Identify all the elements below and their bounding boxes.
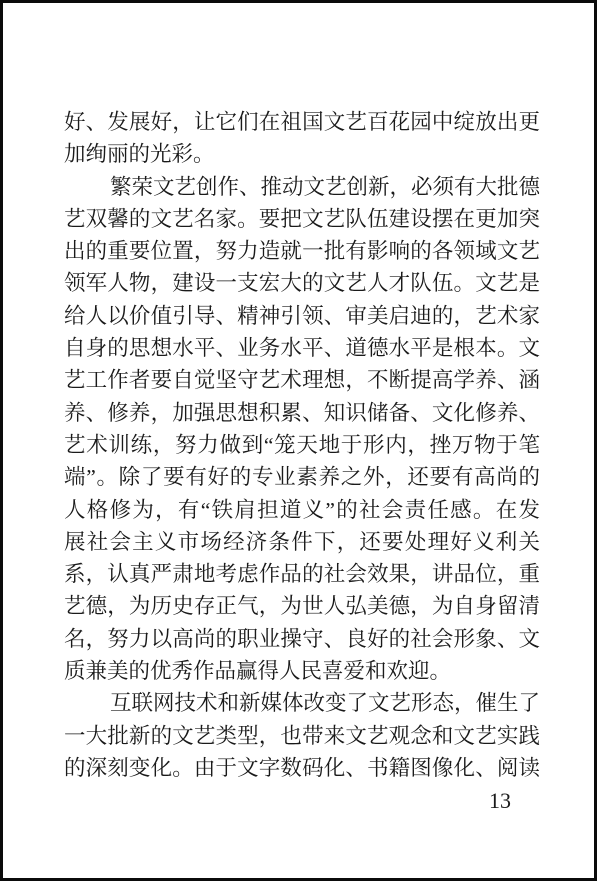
text-line: 给人以价值引导、精神引领、审美启迪的，艺术家 xyxy=(64,300,540,332)
text-line: 繁荣文艺创作、推动文艺创新，必须有大批德 xyxy=(64,171,540,203)
text-line: 加绚丽的光彩。 xyxy=(64,138,540,170)
text-line: 出的重要位置，努力造就一批有影响的各领域文艺 xyxy=(64,235,540,267)
text-line: 端”。除了要有好的专业素养之外，还要有高尚的 xyxy=(64,461,540,493)
text-line: 艺术训练，努力做到“笼天地于形内，挫万物于笔 xyxy=(64,429,540,461)
text-line: 系，认真严肃地考虑作品的社会效果，讲品位，重 xyxy=(64,558,540,590)
body-text: 好、发展好，让它们在祖国文艺百花园中绽放出更 加绚丽的光彩。 繁荣文艺创作、推动… xyxy=(64,106,540,784)
text-line: 好、发展好，让它们在祖国文艺百花园中绽放出更 xyxy=(64,106,540,138)
text-line: 一大批新的文艺类型，也带来文艺观念和文艺实践 xyxy=(64,720,540,752)
text-line: 领军人物，建设一支宏大的文艺人才队伍。文艺是 xyxy=(64,267,540,299)
text-line: 自身的思想水平、业务水平、道德水平是根本。文 xyxy=(64,332,540,364)
text-line: 互联网技术和新媒体改变了文艺形态，催生了 xyxy=(64,687,540,719)
page-number: 13 xyxy=(478,789,522,813)
text-line: 艺德，为历史存正气，为世人弘美德，为自身留清 xyxy=(64,590,540,622)
text-line: 艺工作者要自觉坚守艺术理想，不断提高学养、涵 xyxy=(64,364,540,396)
text-line: 名，努力以高尚的职业操守、良好的社会形象、文 xyxy=(64,623,540,655)
text-line: 质兼美的优秀作品赢得人民喜爱和欢迎。 xyxy=(64,655,540,687)
book-page: 好、发展好，让它们在祖国文艺百花园中绽放出更 加绚丽的光彩。 繁荣文艺创作、推动… xyxy=(0,0,600,889)
text-line: 艺双馨的文艺名家。要把文艺队伍建设摆在更加突 xyxy=(64,203,540,235)
text-line: 展社会主义市场经济条件下，还要处理好义利关 xyxy=(64,526,540,558)
text-line: 的深刻变化。由于文字数码化、书籍图像化、阅读 xyxy=(64,752,540,784)
text-line: 人格修为，有“铁肩担道义”的社会责任感。在发 xyxy=(64,494,540,526)
text-line: 养、修养，加强思想积累、知识储备、文化修养、 xyxy=(64,397,540,429)
